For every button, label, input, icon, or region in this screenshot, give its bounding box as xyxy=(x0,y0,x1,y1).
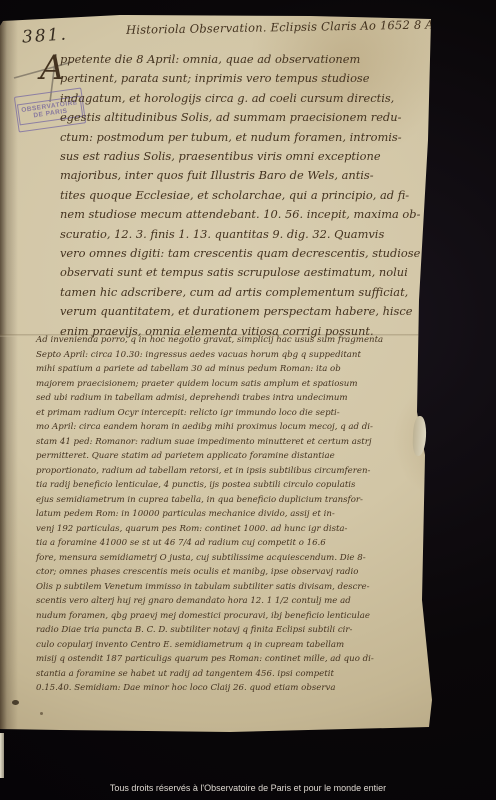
manuscript-line: Septo April: circa 10.30: ingressus aede… xyxy=(36,348,436,363)
manuscript-line: nudum foramen, qbg praevj mej domestici … xyxy=(36,609,436,624)
manuscript-line: stantia a foramine se habet ut radij ad … xyxy=(36,667,436,682)
manuscript-line: misij q ostendit 187 particuligs quarum … xyxy=(36,652,436,667)
manuscript-line: sus est radius Solis, praesentibus viris… xyxy=(60,147,434,166)
manuscript-line: sed ubi radium in tabellam admisi, depre… xyxy=(36,391,436,406)
manuscript-title: Historiola Observation. Eclipsis Claris … xyxy=(126,17,455,37)
manuscript-line: et primam radium Ocyr intercepit: relict… xyxy=(36,406,436,421)
manuscript-line: pertinent, parata sunt; inprimis vero te… xyxy=(60,69,434,88)
manuscript-line: tamen hic adscribere, cum ad artis compl… xyxy=(60,283,434,302)
manuscript-line: mihi spatium a pariete ad tabellam 30 ad… xyxy=(36,362,436,377)
manuscript-line: vero omnes digiti: tam crescentis quam d… xyxy=(60,244,434,263)
manuscript-line: ctor; omnes phases crescentis meis oculi… xyxy=(36,565,436,580)
manuscript-line: venj 192 particulas, quarum pes Rom: con… xyxy=(36,522,436,537)
manuscript-line: permitteret. Quare statim ad parietem ap… xyxy=(36,449,436,464)
manuscript-line: nem studiose mecum attendebant. 10. 56. … xyxy=(60,205,434,224)
manuscript-line: indagatum, et horologijs circa g. ad coe… xyxy=(60,89,434,108)
manuscript-paragraph-1: ppetente die 8 April: omnia, quae ad obs… xyxy=(60,50,434,341)
manuscript-line: ppetente die 8 April: omnia, quae ad obs… xyxy=(60,50,434,69)
manuscript-line: proportionato, radium ad tabellam retors… xyxy=(36,464,436,479)
manuscript-line: ctum: postmodum per tubum, et nudum fora… xyxy=(60,128,434,147)
manuscript-line: mo April: circa eandem horam in aedibg m… xyxy=(36,420,436,435)
page-number: 381. xyxy=(21,24,68,47)
manuscript-line: 0.15.40. Semidiam: Dae minor hoc loco Cl… xyxy=(36,681,436,696)
manuscript-line: scentis vero alterj huj rej gnaro demand… xyxy=(36,594,436,609)
manuscript-photo: 381. OBSERVATOIRE DE PARIS Historiola Ob… xyxy=(0,0,496,800)
manuscript-line: scuratio, 12. 3. finis 1. 13. quantitas … xyxy=(60,225,434,244)
manuscript-page: 381. OBSERVATOIRE DE PARIS Historiola Ob… xyxy=(0,0,496,800)
manuscript-line: Ad invenienda porro, q in hoc negotio gr… xyxy=(36,333,436,348)
manuscript-line: tites quoque Ecclesiae, et scholarchae, … xyxy=(60,186,434,205)
manuscript-line: majorem praecisionem; praeter quidem loc… xyxy=(36,377,436,392)
ink-blot xyxy=(12,700,19,705)
manuscript-line: culo copularj invento Centro E. semidiam… xyxy=(36,638,436,653)
manuscript-line: radio Diae tria puncta B. C. D. subtilit… xyxy=(36,623,436,638)
manuscript-line: latum pedem Rom: in 10000 particulas mec… xyxy=(36,507,436,522)
manuscript-line: stam 41 ped: Romanor: radium suae impedi… xyxy=(36,435,436,450)
manuscript-line: egestis altitudinibus Solis, ad summam p… xyxy=(60,108,434,127)
easel-edge xyxy=(0,733,4,778)
manuscript-line: ejus semidiametrum in cuprea tabella, in… xyxy=(36,493,436,508)
manuscript-line: tia radij beneficio lenticulae, 4 puncti… xyxy=(36,478,436,493)
manuscript-line: fore, mensura semidiametrj O justa, cuj … xyxy=(36,551,436,566)
manuscript-line: Olis p subtilem Venetum immisso in tabul… xyxy=(36,580,436,595)
paper-tab xyxy=(412,416,427,457)
manuscript-line: observati sunt et tempus satis scrupulos… xyxy=(60,263,434,282)
manuscript-line: tia a foramine 41000 se st ut 46 7/4 ad … xyxy=(36,536,436,551)
manuscript-paragraph-2: Ad invenienda porro, q in hoc negotio gr… xyxy=(36,333,436,696)
copyright-caption: Tous droits réservés à l'Observatoire de… xyxy=(0,783,496,793)
manuscript-line: verum quantitatem, et durationem perspec… xyxy=(60,302,434,321)
manuscript-line: majoribus, inter quos fuit Illustris Bar… xyxy=(60,166,434,185)
ink-speck xyxy=(40,712,43,715)
